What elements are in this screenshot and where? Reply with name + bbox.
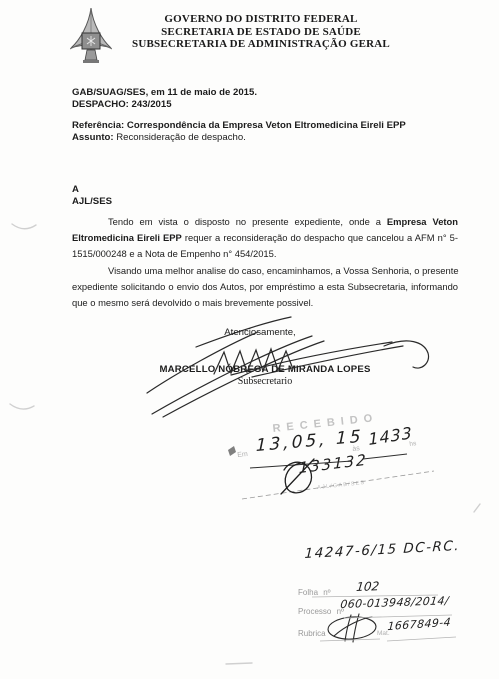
recipient-block: A AJL/SES xyxy=(72,184,112,207)
rubrica-scribble xyxy=(327,614,376,642)
body-line: que o mesmo será devolvido o mais brevem… xyxy=(72,295,458,311)
closing-salutation: Atenciosamente, xyxy=(180,327,340,338)
letterhead-line-2: SECRETARIA DE ESTADO DE SAÚDE xyxy=(121,26,401,39)
letterhead-line-1: GOVERNO DO DISTRITO FEDERAL xyxy=(121,13,401,26)
routing-note-handwritten: 14247-6/15 DC-RC. xyxy=(304,538,460,562)
stamp-number-handwritten: 133132 xyxy=(299,451,368,478)
body-text: Tendo em vista o disposto no presente ex… xyxy=(72,214,458,311)
body-seg: que o mesmo será devolvido o mais brevem… xyxy=(72,297,313,308)
recipient-line-1: A xyxy=(72,184,112,196)
folha-label: Folha nº xyxy=(298,588,331,597)
stamp-unit-label: AJL/GAB/SES xyxy=(317,480,366,491)
letterhead-line-3: SUBSECRETARIA DE ADMINISTRAÇÃO GERAL xyxy=(121,38,401,51)
stamp-em-label: Em xyxy=(237,451,248,459)
stamp-hs-label: hs xyxy=(409,440,417,448)
body-seg-bold: Eltromedicina Eireli EPP xyxy=(72,232,182,243)
body-seg: Visando uma melhor analise do caso, enca… xyxy=(108,265,459,276)
reference-block: Referência: Correspondência da Empresa V… xyxy=(72,120,406,143)
referencia-label: Referência: xyxy=(72,120,124,131)
body-seg: Tendo em vista o disposto no presente ex… xyxy=(108,216,387,227)
matricula-value-handwritten: 1667849-4 xyxy=(387,616,451,634)
body-seg: requer a reconsideração do despacho que … xyxy=(182,232,458,243)
body-line: Visando uma melhor analise do caso, enca… xyxy=(72,263,458,279)
referencia-text: Correspondência da Empresa Veton Eltrome… xyxy=(124,120,406,131)
signatory-name: MARCELLO NÓBREGA DE MIRANDA LOPES xyxy=(100,364,430,375)
assunto-label: Assunto: xyxy=(72,132,114,143)
body-line: Eltromedicina Eireli EPP requer a recons… xyxy=(72,230,458,246)
assunto-text: Reconsideração de despacho. xyxy=(114,132,246,143)
signatory-title: Subsecretario xyxy=(100,376,430,387)
stamp-ink-smudge xyxy=(228,446,236,456)
body-line: 1515/000248 e a Nota de Empenho n° 454/2… xyxy=(72,246,458,262)
scanned-document-page: GOVERNO DO DISTRITO FEDERAL SECRETARIA D… xyxy=(0,0,499,679)
stamp-time-handwritten: 1433 xyxy=(368,423,413,449)
date-line: GAB/SUAG/SES, em 11 de maio de 2015. xyxy=(72,87,257,99)
recipient-line-2: AJL/SES xyxy=(72,196,112,208)
body-seg: 1515/000248 e a Nota de Empenho n° 454/2… xyxy=(72,248,276,259)
despacho-line: DESPACHO: 243/2015 xyxy=(72,99,257,111)
folha-value-handwritten: 102 xyxy=(356,579,380,594)
body-seg: expediente solicitando o envio dos Autos… xyxy=(72,281,458,292)
assunto-line: Assunto: Reconsideração de despacho. xyxy=(72,132,406,144)
referencia-line: Referência: Correspondência da Empresa V… xyxy=(72,120,406,132)
gdf-coat-of-arms-icon xyxy=(70,8,112,64)
body-seg-bold: Empresa Veton xyxy=(387,216,458,227)
body-line: Tendo em vista o disposto no presente ex… xyxy=(72,214,458,230)
letterhead: GOVERNO DO DISTRITO FEDERAL SECRETARIA D… xyxy=(121,13,401,51)
processo-value-handwritten: 060-013948/2014/ xyxy=(340,594,450,611)
meta-block: GAB/SUAG/SES, em 11 de maio de 2015. DES… xyxy=(72,87,257,110)
body-line: expediente solicitando o envio dos Autos… xyxy=(72,279,458,295)
rubrica-label: Rubrica xyxy=(298,629,326,638)
processo-label: Processo nº xyxy=(298,607,344,616)
